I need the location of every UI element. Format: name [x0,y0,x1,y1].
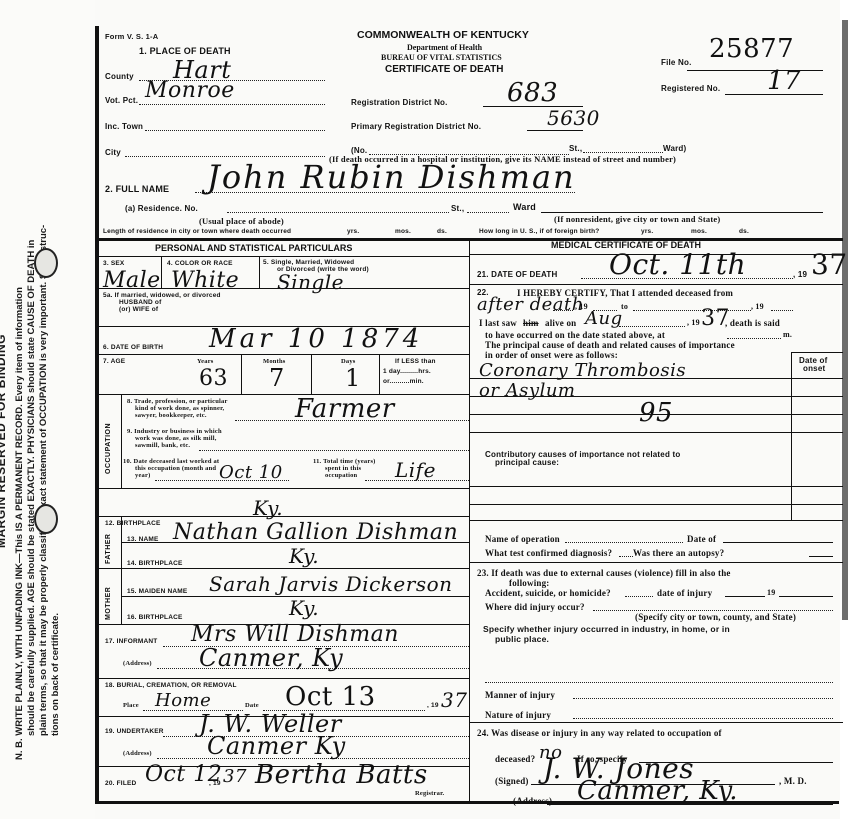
contrib-rule-3 [469,520,843,521]
filed-year-value: 37 [223,766,247,787]
principal-text-1: The principal cause of death and related… [485,340,735,350]
residence-no-line [227,212,449,213]
foreign-yrs: yrs. [641,228,653,235]
autopsy-rule [469,562,843,563]
primary-reg-line [527,130,583,131]
father-mother-rule [99,568,469,569]
occurred-time-line [727,338,781,339]
physician-address-value: Canmer, Ky. [577,776,738,806]
filed-year-prefix: , 19 [209,780,221,787]
row-rule-3 [99,354,469,355]
attended-to-line [633,310,751,311]
autopsy-line [809,556,833,557]
age-divider-1 [241,354,242,394]
residence-st-label: St., [451,204,464,213]
primary-reg-value: 5630 [547,106,600,130]
age-divider-3 [379,354,380,394]
total-time-label-1: 11. Total time (years) [313,458,376,465]
months-value: 7 [269,364,285,392]
less-label-1: If LESS than [395,358,436,365]
length-yrs: yrs. [347,228,359,235]
deceased-label: deceased? [495,754,535,764]
birthplace-label: 12. BIRTHPLACE [105,520,161,527]
alive-on-line [619,326,685,327]
residence-st-line [467,212,509,213]
inc-town-label: Inc. Town [105,122,143,131]
occupation-side-label: OCCUPATION [105,423,112,474]
place-of-death-heading: 1. PLACE OF DEATH [139,46,231,56]
personal-heading-rule [99,256,469,257]
header-divider [99,238,843,241]
specify-city-note: (Specify city or town, county, and State… [635,612,796,622]
city-line [125,156,325,157]
race-value: White [171,268,239,293]
residence-ward-line [541,212,823,213]
bureau-title: BUREAU OF VITAL STATISTICS [381,53,502,62]
injury-nineteen: 19 [767,588,775,597]
burial-place-label: Place [123,702,139,709]
full-name-value: John Rubin Dishman [207,158,576,196]
reg-district-label: Registration District No. [351,98,448,107]
full-name-label: 2. FULL NAME [105,184,169,194]
length-ds: ds. [437,228,447,235]
primary-reg-label: Primary Registration District No. [351,122,481,131]
contrib-rule-1 [469,486,843,487]
manner-label: Manner of injury [485,690,555,700]
row-rule-4 [99,394,469,395]
nonresident-note: (If nonresident, give city or town and S… [554,214,720,224]
father-rule [121,542,469,543]
signed-label: (Signed) [495,776,529,786]
less-label-3: or..........min. [383,378,424,385]
row-rule-8 [99,678,469,679]
accident-label: Accident, suicide, or homicide? [485,588,611,598]
undertaker-label: 19. UNDERTAKER [105,728,164,735]
length-residence-label: Length of residence in city or town wher… [103,228,291,235]
industry-label-1: 9. Industry or business in which [127,428,222,435]
registrar-signature: Bertha Batts [255,760,428,790]
specify-whether-2: public place. [495,634,549,644]
burial-year-prefix: , 19 [427,702,439,709]
occurred-text: to have occurred on the date stated abov… [485,330,665,340]
spouse-label-1: 5a. If married, widowed, or divorced [103,292,221,299]
public-place-line [485,682,833,683]
scan-edge-shadow [842,20,848,620]
burial-place-value: Home [155,690,211,711]
onset-top-rule [791,352,843,353]
county-label: County [105,72,134,81]
injury-date-label: date of injury [657,588,712,598]
filed-label: 20. FILED [105,780,136,787]
informant-label: 17. INFORMANT [105,638,157,645]
attended-from-line [553,310,573,311]
test-line [619,556,633,557]
last-saw-label: I last saw [479,318,517,328]
operation-line [565,542,683,543]
foreign-mos: mos. [691,228,707,235]
registered-no-value: 17 [767,66,801,96]
last-saw-pronoun: him [523,318,539,328]
contrib-rule-2 [469,504,843,505]
nature-line [573,718,833,719]
mother-name-value: Sarah Jarvis Dickerson [209,572,453,596]
department-title: Department of Health [407,43,482,52]
age-label: 7. AGE [103,358,125,365]
dob-label: 6. DATE OF BIRTH [103,344,163,351]
operation-date-line [723,542,833,543]
margin-reserved-label: MARGIN RESERVED FOR BINDING [0,334,8,548]
trade-value: Farmer [295,394,395,424]
occupation-side-divider [121,394,122,488]
mother-birthplace-label: 16. BIRTHPLACE [127,614,183,621]
city-label: City [105,148,121,157]
dob-value: Mar 10 1874 [209,324,423,354]
margin-line-1: N. B. WRITE PLAINLY, WITH UNFADING INK—T… [14,287,25,760]
registrar-label: Registrar. [415,790,444,797]
trade-label-2: kind of work done, as spinner, [135,405,224,412]
where-line [593,610,833,611]
form-number: Form V. S. 1-A [105,32,158,41]
sex-value: Male [103,268,161,293]
personal-heading: PERSONAL AND STATISTICAL PARTICULARS [155,243,352,253]
margin-line-3: plain terms, so that it may be properly … [38,225,49,736]
industry-line [199,450,469,451]
registered-no-label: Registered No. [661,84,720,93]
marital-value: Single [277,270,344,294]
attended-from-value: after death [477,294,584,315]
less-label-2: 1 day.........hrs. [383,368,431,375]
dod-year-value: 37 [811,248,848,281]
reg-district-value: 683 [507,78,558,108]
undertaker-address-label: (Address) [123,750,152,757]
where-label: Where did injury occur? [485,602,585,612]
last-worked-label-2: this occupation (month and [135,465,216,472]
age-divider-2 [311,354,312,394]
dod-label: 21. DATE OF DEATH [477,270,557,279]
mother-side-label: MOTHER [105,587,112,620]
accident-line [625,596,653,597]
dod-value: Oct. 11th [609,248,746,281]
last-worked-label-1: 10. Date deceased last worked at [123,458,219,465]
contrib-label-2: principal cause: [495,458,559,467]
cause-code-value: 95 [639,398,673,428]
date-onset-label-2: onset [803,364,825,373]
cause-2-value: or Asylum [479,380,576,401]
inc-town-line [145,130,325,131]
days-value: 1 [345,364,361,392]
attended-nineteen-2: , 19 [751,302,764,311]
operation-date-label: Date of [687,534,716,544]
cause-rule-1 [469,378,843,379]
dod-year-prefix: , 19 [793,270,807,279]
file-no-label: File No. [661,58,692,67]
ward-label: Ward) [663,144,686,153]
street-st-line [583,152,663,153]
nature-rule [469,722,843,723]
spouse-label-3: (or) WIFE of [119,306,158,313]
marital-label-1: 5. Single, Married, Widowed [263,259,354,266]
total-time-value: Life [395,458,436,482]
attended-year-line-2 [771,310,793,311]
vot-pct-label: Vot. Pct. [105,96,138,105]
years-value: 63 [199,366,228,391]
alive-on-value: Aug [585,308,623,329]
occupation-related-label: 24. Was disease or injury in any way rel… [477,728,722,738]
burial-date-label: Date [245,702,259,709]
margin-line-2: should be carefully supplied. AGE should… [26,240,37,736]
abode-note: (Usual place of abode) [199,216,284,226]
residence-ward-label: Ward [513,202,536,212]
alive-on-label: alive on [545,318,576,328]
years-label: Years [197,358,214,365]
cause-rule-4 [469,432,843,433]
row-rule-5 [99,488,469,489]
dod-rule [469,284,843,285]
total-time-label-3: occupation [325,472,357,479]
row-rule-6 [99,516,469,517]
column-divider [469,238,470,804]
row-rule-1 [99,288,469,289]
manner-line [573,698,833,699]
m-label: m. [783,330,792,339]
undertaker-address-value: Canmer Ky [207,732,346,760]
race-marital-divider [259,256,260,288]
external-label-2: following: [509,578,550,588]
punch-hole-upper [34,248,58,278]
foreign-birth-label: How long in U. S., if of foreign birth? [479,228,599,235]
last-worked-label-3: year) [135,472,150,479]
injury-year-line [779,596,833,597]
death-certificate: Form V. S. 1-A 1. PLACE OF DEATH COMMONW… [95,26,839,804]
punch-hole-lower [34,504,58,534]
commonwealth-title: COMMONWEALTH OF KENTUCKY [357,29,529,41]
sex-label: 3. SEX [103,260,124,267]
file-no-line [687,70,823,71]
certificate-title: CERTIFICATE OF DEATH [385,64,504,75]
operation-label: Name of operation [485,534,560,544]
race-label: 4. COLOR OR RACE [167,260,233,267]
cause-rule-2 [469,396,843,397]
father-birthplace-value: Ky. [289,544,319,568]
sex-race-divider [161,256,162,288]
length-mos: mos. [395,228,411,235]
external-label-1: 23. If death was due to external causes … [477,568,731,578]
nature-label: Nature of injury [485,710,551,720]
father-side-label: FATHER [105,534,112,564]
father-birthplace-label: 14. BIRTHPLACE [127,560,183,567]
informant-address-value: Canmer, Ky [199,644,343,672]
burial-date-value: Oct 13 [285,682,376,712]
mother-name-label: 15. MAIDEN NAME [127,588,187,595]
principal-text-2: in order of onset were as follows: [485,350,618,360]
industry-label-2: work was done, as silk mill, [135,435,217,442]
last-worked-value: Oct 10 [219,462,283,483]
trade-label-3: sawyer, bookkeeper, etc. [135,412,207,419]
autopsy-label: Was there an autopsy? [633,548,724,558]
binding-margin: N. B. WRITE PLAINLY, WITH UNFADING INK—T… [0,0,95,819]
total-time-label-2: spent in this [325,465,361,472]
injury-date-line [725,596,765,597]
cause-rule-3 [469,414,843,415]
test-label: What test confirmed diagnosis? [485,548,612,558]
specify-whether-1: Specify whether injury occurred in indus… [483,624,730,634]
foreign-ds: ds. [739,228,749,235]
street-st-label: St., [569,144,582,153]
spouse-label-2: HUSBAND of [119,299,161,306]
md-label: , M. D. [779,776,807,786]
trade-label-1: 8. Trade, profession, or particular [127,398,228,405]
informant-address-label: (Address) [123,660,152,667]
burial-year-value: 37 [441,688,467,712]
burial-label: 18. BURIAL, CREMATION, OR REMOVAL [105,682,237,689]
residence-label: (a) Residence. No. [125,204,198,213]
mother-birthplace-value: Ky. [289,596,319,620]
industry-label-3: sawmill, bank, etc. [135,442,190,449]
vot-pct-value: Monroe [145,78,235,103]
file-no-value: 25877 [709,34,794,64]
alive-year-prefix: , 19 [687,318,700,327]
margin-line-4: tions on back of certificate. [50,613,61,736]
vot-pct-line [139,104,325,105]
death-said-text: , death is said [725,318,780,328]
parent-side-divider [121,516,122,624]
